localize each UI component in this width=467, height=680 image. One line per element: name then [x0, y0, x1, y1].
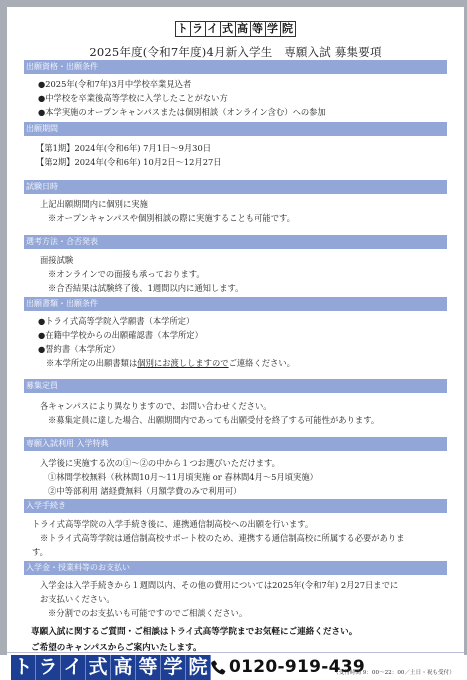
- text-line: トライ式高等学院の入学手続き後に、連携通信制高校への出願を行います。: [32, 517, 452, 531]
- logo-char: ラ: [190, 21, 206, 37]
- footer-logo-char: ラ: [36, 655, 61, 680]
- text-line: 面接試験: [40, 253, 460, 267]
- footer-logo-char: 高: [111, 655, 136, 680]
- text-line: 各キャンパスにより異なりますので、お問い合わせください。: [40, 399, 460, 413]
- phone-icon: [209, 658, 227, 678]
- list-item: ●中学校を卒業後高等学校に入学したことがない方: [38, 91, 458, 105]
- footer-divider: [7, 652, 464, 653]
- section-header-capacity: 募集定員: [24, 379, 447, 393]
- logo-char: 院: [280, 21, 296, 37]
- section-header-exam-date: 試験日時: [24, 180, 447, 194]
- section-body-eligibility: ●2025年(令和7年)3月中学校卒業見込者 ●中学校を卒業後高等学校に入学した…: [38, 77, 458, 119]
- footer-logo-char: 等: [136, 655, 161, 680]
- note-line: ※募集定員に達した場合、出願期間内であっても出願受付を終了する可能性があります。: [40, 413, 460, 427]
- section-header-benefits: 専願入試利用 入学特典: [24, 437, 447, 451]
- logo-char: 式: [220, 21, 236, 37]
- page-title: 2025年度(令和7年度)4月新入学生 専願入試 募集要項: [7, 44, 464, 60]
- note-line-continued: す。: [32, 545, 452, 559]
- closing-line: 専願入試に関するご質問・ご相談はトライ式高等学院までお気軽にご連絡ください。: [31, 624, 461, 640]
- text-line: 上記出願期間内に個別に実施: [40, 197, 460, 211]
- footer-logo: ト ラ イ 式 高 等 学 院: [11, 655, 211, 680]
- closing-line: ご希望のキャンパスからご案内いたします。: [31, 640, 461, 656]
- text-line: 入学金は入学手続きから１週間以内、その他の費用については2025年(令和7年) …: [40, 578, 460, 592]
- list-item: ●トライ式高等学院入学願書（本学所定）: [38, 314, 458, 328]
- text-line: お支払いください。: [40, 592, 460, 606]
- reception-hours: （受付時間 9：00～22：00／土日・祝も受付）: [333, 668, 455, 676]
- note-prefix: ※本学所定の出願書類は: [46, 358, 137, 368]
- text-line: 入学後に実施する次の①～②の中から１つお選びいただけます。: [40, 456, 460, 470]
- section-body-selection: 面接試験 ※オンラインでの面接も承っております。 ※合否結果は試験終了後、1週間…: [40, 253, 460, 295]
- footer-logo-char: イ: [61, 655, 86, 680]
- list-item: ①林間学校無料（秋林間10月～11月頃実施 or 春林間4月～5月頃実施）: [40, 470, 460, 484]
- list-item: ●在籍中学校からの出願確認書（本学所定）: [38, 328, 458, 342]
- section-header-selection: 選考方法・合否発表: [24, 235, 447, 249]
- footer-logo-char: ト: [11, 655, 36, 680]
- note-line: ※合否結果は試験終了後、1週間以内に通知します。: [40, 281, 460, 295]
- logo-char: ト: [175, 21, 191, 37]
- section-body-documents: ●トライ式高等学院入学願書（本学所定） ●在籍中学校からの出願確認書（本学所定）…: [38, 314, 458, 370]
- section-body-capacity: 各キャンパスにより異なりますので、お問い合わせください。 ※募集定員に達した場合…: [40, 399, 460, 427]
- section-header-enrollment: 入学手続き: [24, 499, 447, 513]
- section-body-payment: 入学金は入学手続きから１週間以内、その他の費用については2025年(令和7年) …: [40, 578, 460, 620]
- list-item: ●2025年(令和7年)3月中学校卒業見込者: [38, 77, 458, 91]
- section-header-eligibility: 出願資格・出願条件: [24, 60, 447, 74]
- list-item: ②中等部利用 諸経費無料（月額学費のみで利用可）: [40, 484, 460, 498]
- section-body-benefits: 入学後に実施する次の①～②の中から１つお選びいただけます。 ①林間学校無料（秋林…: [40, 456, 460, 498]
- footer-logo-char: 院: [186, 655, 211, 680]
- list-item: 【第2期】2024年(令和6年) 10月2日～12月27日: [36, 155, 456, 169]
- section-header-documents: 出願書類・出願条件: [24, 297, 447, 311]
- footer-logo-char: 式: [86, 655, 111, 680]
- section-header-application-period: 出願期間: [24, 122, 447, 136]
- note-underlined: 個別にお渡ししますので: [137, 358, 228, 368]
- footer-banner: ト ラ イ 式 高 等 学 院 0120-919-439 （受付時間 9：00～…: [0, 655, 467, 680]
- note-suffix: ご連絡ください。: [229, 358, 295, 368]
- logo-char: 高: [235, 21, 251, 37]
- list-item: ●本学実施のオープンキャンパスまたは個別相談（オンライン含む）への参加: [38, 105, 458, 119]
- logo-char: 等: [250, 21, 266, 37]
- list-item: ●誓約書（本学所定）: [38, 342, 458, 356]
- note-line: ※オンラインでの面接も承っております。: [40, 267, 460, 281]
- section-body-exam-date: 上記出願期間内に個別に実施 ※オープンキャンパスや個別相談の際に実施することも可…: [40, 197, 460, 225]
- logo-char: 学: [265, 21, 281, 37]
- note-line: ※分割でのお支払いも可能ですのでご相談ください。: [40, 606, 460, 620]
- logo-char: イ: [205, 21, 221, 37]
- header-logo: ト ラ イ 式 高 等 学 院: [7, 21, 464, 37]
- list-item: 【第1期】2024年(令和6年) 7月1日～9月30日: [36, 141, 456, 155]
- section-body-enrollment: トライ式高等学院の入学手続き後に、連携通信制高校への出願を行います。 ※トライ式…: [32, 517, 452, 559]
- document-page: ト ラ イ 式 高 等 学 院 2025年度(令和7年度)4月新入学生 専願入試…: [7, 7, 464, 680]
- note-line: ※トライ式高等学院は通信制高校サポート校のため、連携する通信制高校に所属する必要…: [32, 531, 452, 545]
- section-body-application-period: 【第1期】2024年(令和6年) 7月1日～9月30日 【第2期】2024年(令…: [36, 141, 456, 169]
- section-header-payment: 入学金・授業料等のお支払い: [24, 561, 447, 575]
- footer-logo-char: 学: [161, 655, 186, 680]
- note-line: ※本学所定の出願書類は個別にお渡ししますのでご連絡ください。: [38, 356, 458, 370]
- note-line: ※オープンキャンパスや個別相談の際に実施することも可能です。: [40, 211, 460, 225]
